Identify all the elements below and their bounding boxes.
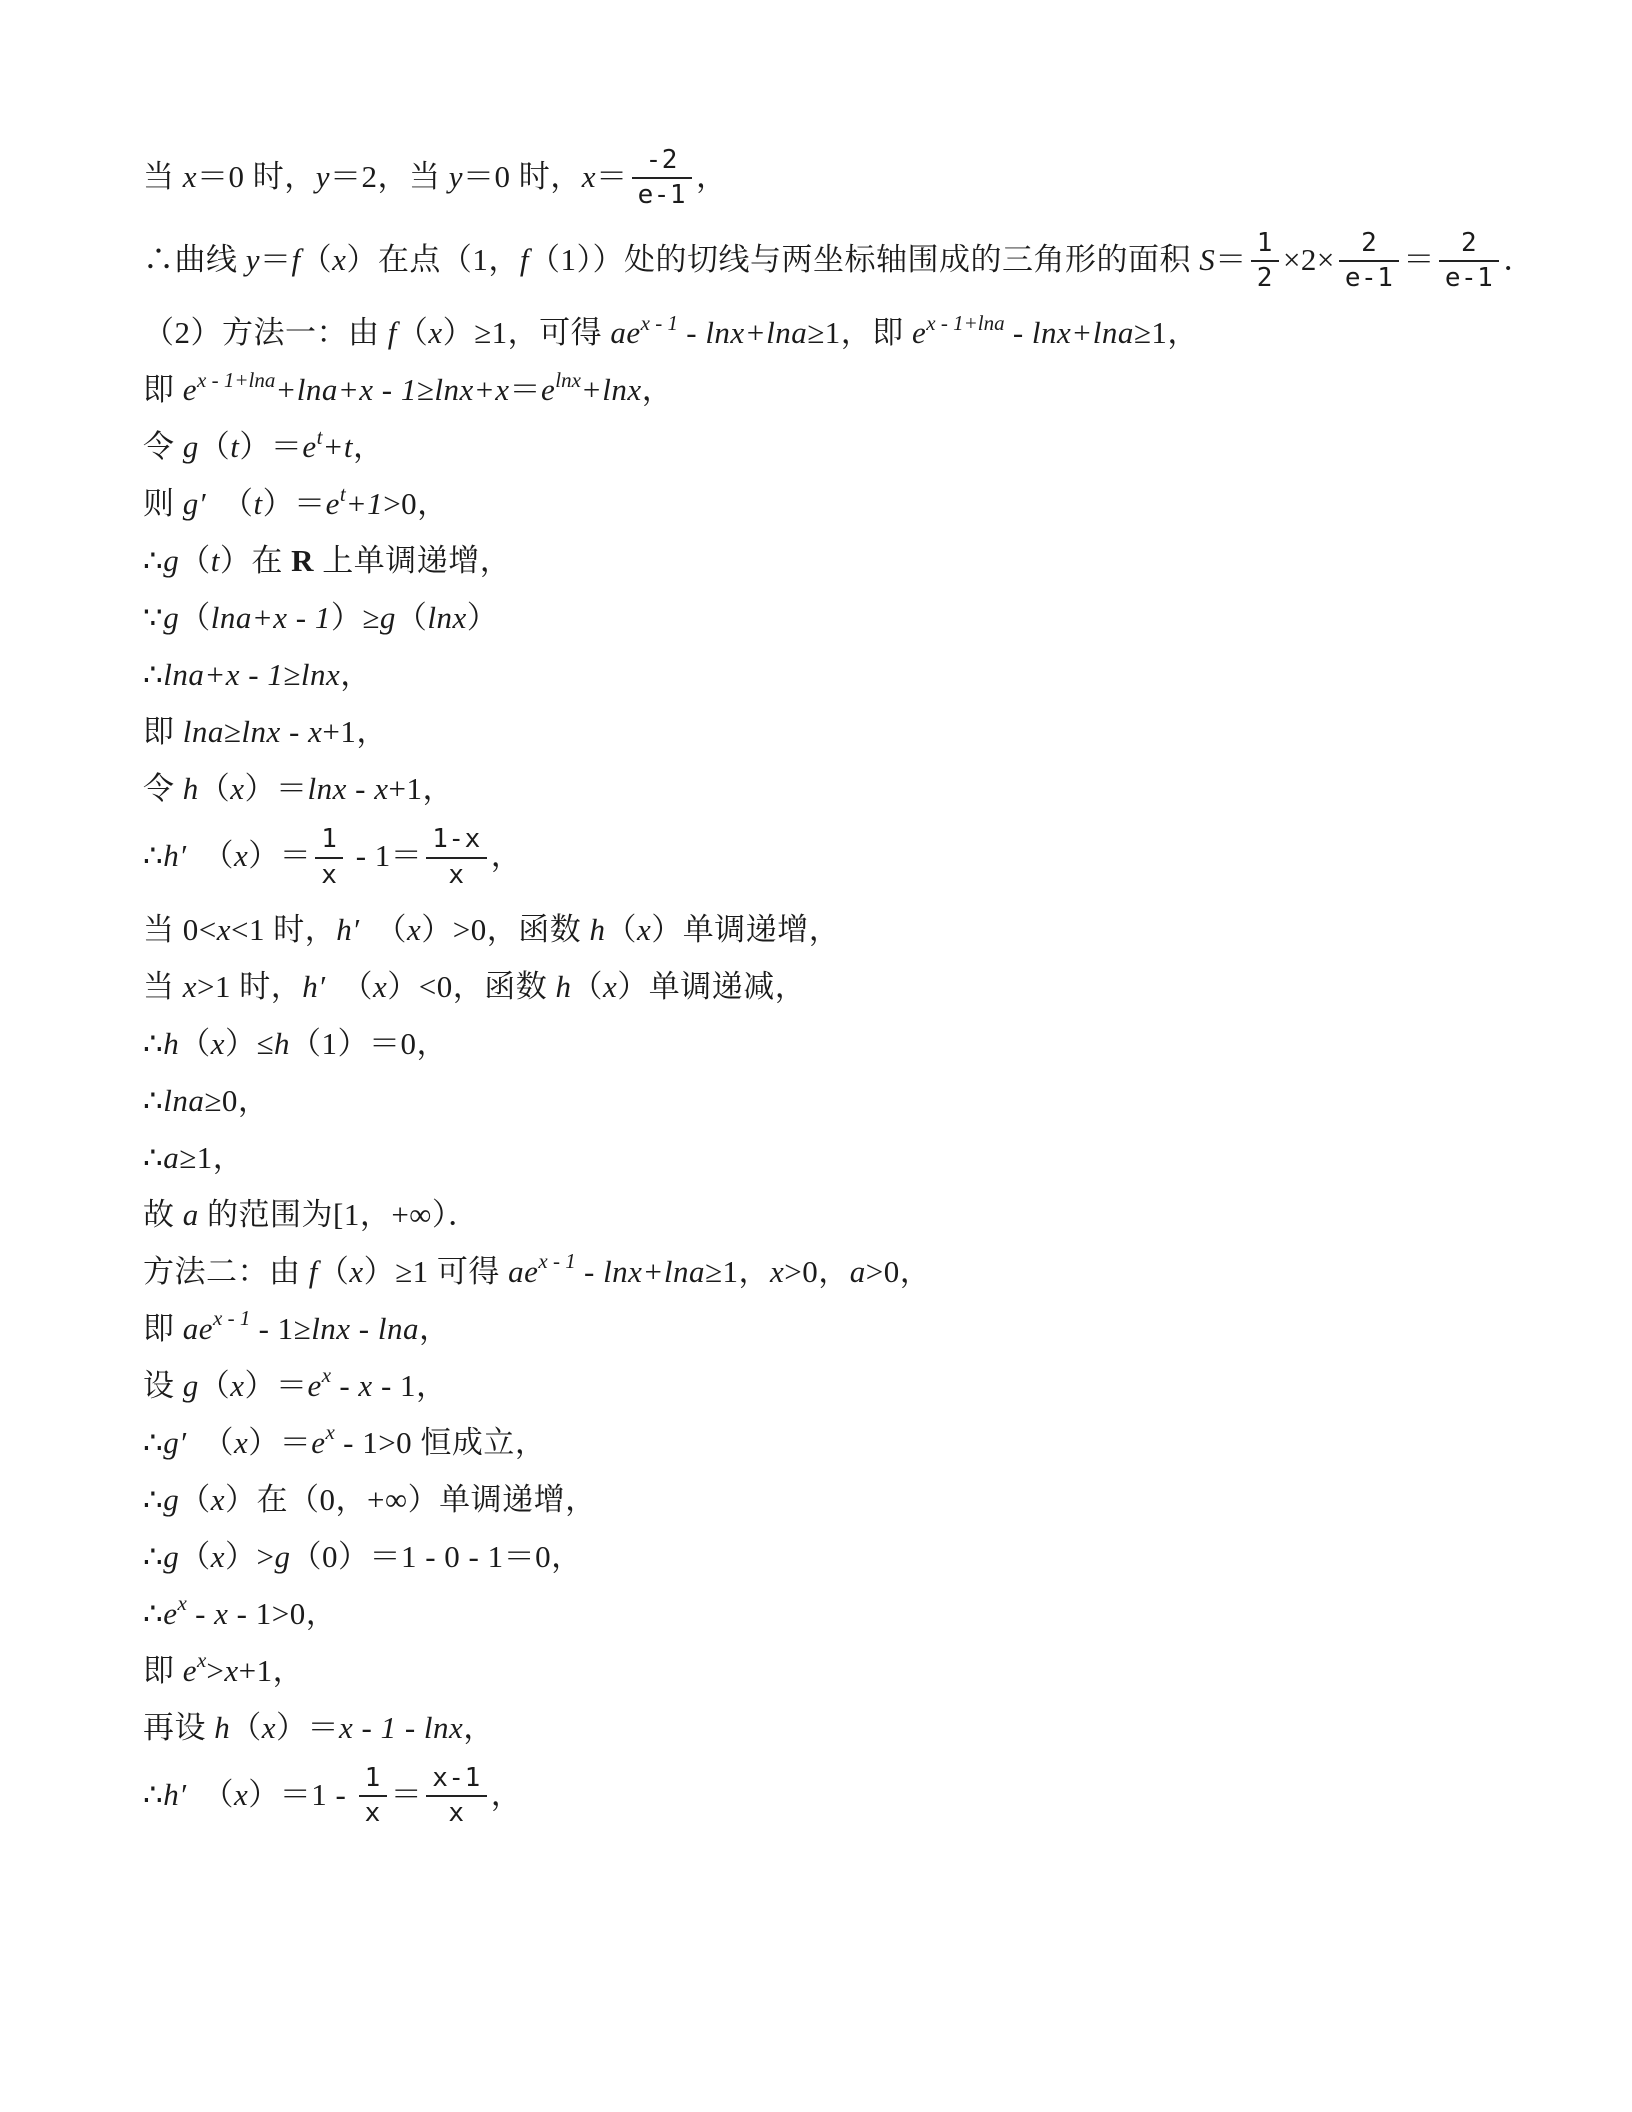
- math-run: g′: [183, 486, 206, 521]
- math-run: x: [211, 1539, 225, 1574]
- math-run: e: [183, 1653, 197, 1688]
- math-run: f: [309, 1254, 318, 1289]
- math-run: e: [163, 1596, 177, 1631]
- text-run: ＝0 时，: [197, 159, 316, 194]
- text-run: ≥0，: [204, 1083, 269, 1118]
- math-line: 当 x>1 时，h′ （x）<0，函数 h（x）单调递减，: [143, 966, 1542, 1008]
- text-run: （: [318, 1254, 350, 1289]
- text-run: ）≥1，可得: [443, 315, 611, 350]
- text-run: ∴: [143, 1482, 163, 1517]
- text-run: 的范围为[1，+∞）．: [199, 1197, 480, 1232]
- text-run: （: [301, 242, 333, 277]
- math-line: 当 x＝0 时，y＝2，当 y＝0 时，x＝-2e-1，: [143, 146, 1542, 214]
- text-run: ）>0，函数: [421, 912, 589, 947]
- text-run: （: [179, 1482, 211, 1517]
- math-line: ∴a≥1，: [143, 1137, 1542, 1179]
- text-run: 令: [143, 429, 183, 464]
- solution-text-body: 当 x＝0 时，y＝2，当 y＝0 时，x＝-2e-1，∴曲线 y＝f（x）在点…: [143, 146, 1542, 1832]
- math-line: （2）方法一：由 f（x）≥1，可得 aex - 1 - lnx+lna≥1，即…: [143, 312, 1542, 354]
- math-run: e: [541, 372, 555, 407]
- math-run: lna+x - 1: [163, 657, 283, 692]
- text-run: ）≥: [331, 600, 380, 635]
- math-run: x: [637, 912, 651, 947]
- math-run: x: [230, 1368, 244, 1403]
- fraction-numerator: 1: [315, 825, 343, 856]
- math-run: x: [582, 159, 596, 194]
- math-line: ∴g′ （x）＝ex - 1>0 恒成立，: [143, 1422, 1542, 1464]
- math-run: x: [262, 1710, 276, 1745]
- math-run: e: [308, 1368, 322, 1403]
- math-run: e: [326, 486, 340, 521]
- text-run: ＝: [509, 372, 541, 407]
- text-run: ）＝: [263, 486, 326, 521]
- math-run: x: [183, 159, 197, 194]
- text-run: ，: [696, 159, 728, 194]
- fraction-numerator: 1: [1251, 229, 1279, 260]
- math-line: 令 g（t）＝et+t，: [143, 426, 1542, 468]
- fraction: 1x: [315, 825, 343, 889]
- text-run: >0，: [866, 1254, 931, 1289]
- text-run: 即: [143, 1653, 183, 1688]
- text-run: ，: [491, 1777, 523, 1812]
- text-run: （: [179, 543, 211, 578]
- math-run: x: [217, 912, 231, 947]
- fraction-numerator: -2: [632, 146, 692, 177]
- math-run: e: [302, 429, 316, 464]
- text-run: 即: [143, 714, 183, 749]
- fraction: 1-xx: [426, 825, 486, 889]
- fraction-denominator: e-1: [632, 177, 692, 210]
- text-run: ＝2，当: [330, 159, 449, 194]
- text-run: ）＝: [276, 1710, 339, 1745]
- math-line: 即 ex - 1+lna+lna+x - 1≥lnx+x＝elnx+lnx，: [143, 369, 1542, 411]
- math-run: f: [292, 242, 301, 277]
- text-run: ∴: [143, 839, 163, 874]
- text-run: ）＝: [245, 771, 308, 806]
- math-superscript: t: [340, 482, 346, 506]
- fraction: 2e-1: [1439, 229, 1499, 293]
- math-run: ae: [610, 315, 640, 350]
- math-run: g: [163, 600, 179, 635]
- text-run: ）在点（1，: [346, 242, 520, 277]
- math-superscript: x - 1: [641, 311, 678, 335]
- math-run: lnx: [301, 657, 340, 692]
- math-superscript: x - 1+lna: [197, 368, 275, 392]
- fraction-numerator: 1: [359, 1764, 387, 1795]
- math-run: h: [214, 1710, 230, 1745]
- math-line: ∴曲线 y＝f（x）在点（1，f（1））处的切线与两坐标轴围成的三角形的面积 S…: [143, 229, 1542, 297]
- math-superscript: lnx: [555, 368, 581, 392]
- text-run: （1））处的切线与两坐标轴围成的三角形的面积: [529, 242, 1199, 277]
- math-run: h: [163, 1026, 179, 1061]
- fraction: 1x: [359, 1764, 387, 1828]
- text-run: （: [187, 1777, 235, 1812]
- fraction: 12: [1251, 229, 1279, 293]
- text-run: ＝: [260, 242, 292, 277]
- math-run: y: [316, 159, 330, 194]
- text-run: ∴: [143, 657, 163, 692]
- math-run: a: [163, 1140, 179, 1175]
- math-run: x: [234, 1777, 248, 1812]
- text-run: ）<0，函数: [387, 969, 555, 1004]
- text-run: 当: [143, 969, 183, 1004]
- fraction-denominator: x: [426, 857, 486, 890]
- text-run: ）＝1 -: [248, 1777, 354, 1812]
- fraction-denominator: x: [315, 857, 343, 890]
- text-run: ≥1，: [1134, 315, 1199, 350]
- text-run: ∴: [143, 1140, 163, 1175]
- math-run: h′: [336, 912, 359, 947]
- math-line: 即 ex>x+1，: [143, 1650, 1542, 1692]
- fraction-numerator: 2: [1439, 229, 1499, 260]
- text-run: 即: [143, 1311, 183, 1346]
- text-run: ）>: [225, 1539, 274, 1574]
- fraction-denominator: x: [426, 1795, 486, 1828]
- math-run: y: [246, 242, 260, 277]
- math-line: ∴ex - x - 1>0，: [143, 1593, 1542, 1635]
- text-run: +1，: [322, 714, 387, 749]
- text-run: ＝: [596, 159, 628, 194]
- math-run: x - 1 - lnx: [339, 1710, 463, 1745]
- text-run: - 1≥: [250, 1311, 311, 1346]
- text-run: ≥1，: [179, 1140, 244, 1175]
- text-run: 设: [143, 1368, 183, 1403]
- text-run: ≥1，即: [807, 315, 912, 350]
- text-run: ∴: [143, 1425, 163, 1460]
- math-line: 再设 h（x）＝x - 1 - lnx，: [143, 1707, 1542, 1749]
- math-line: ∴g（t）在 R 上单调递增，: [143, 540, 1542, 582]
- text-run: 即: [143, 372, 183, 407]
- math-superscript: x: [197, 1648, 206, 1672]
- text-run: （: [206, 486, 254, 521]
- math-run: x: [407, 912, 421, 947]
- fraction-denominator: e-1: [1339, 260, 1399, 293]
- math-run: g: [183, 1368, 199, 1403]
- math-run: lnx: [427, 600, 466, 635]
- text-run: +1，: [239, 1653, 304, 1688]
- math-run: f: [520, 242, 529, 277]
- math-run: h: [556, 969, 572, 1004]
- math-run: - lnx+lna: [1005, 315, 1134, 350]
- math-line: ∵g（lna+x - 1）≥g（lnx）: [143, 597, 1542, 639]
- math-line: 设 g（x）＝ex - x - 1，: [143, 1365, 1542, 1407]
- math-run: lnx - lna: [311, 1311, 419, 1346]
- math-run: h′: [302, 969, 325, 1004]
- math-run: lnx+x: [434, 372, 509, 407]
- text-run: >1 时，: [197, 969, 302, 1004]
- math-run: g′: [163, 1425, 186, 1460]
- math-run: S: [1199, 242, 1215, 277]
- text-run: 则: [143, 486, 183, 521]
- text-run: ≥: [283, 657, 301, 692]
- fraction-numerator: x-1: [426, 1764, 486, 1795]
- text-run: （: [397, 315, 429, 350]
- text-run: - 1，: [373, 1368, 448, 1403]
- text-run: ）＝: [248, 1425, 311, 1460]
- text-run: ）: [467, 600, 499, 635]
- text-run: ≥: [224, 714, 242, 749]
- math-line: 当 0<x<1 时，h′ （x）>0，函数 h（x）单调递增，: [143, 909, 1542, 951]
- text-run: （: [326, 969, 374, 1004]
- text-run: （: [179, 600, 211, 635]
- math-run: h′: [163, 1777, 186, 1812]
- math-run: h: [590, 912, 606, 947]
- math-run: +1: [346, 486, 383, 521]
- math-run: - x: [331, 1368, 373, 1403]
- text-run: ∴: [143, 1083, 163, 1118]
- text-run: ，: [463, 1710, 495, 1745]
- math-run: x: [230, 771, 244, 806]
- math-run: e: [912, 315, 926, 350]
- text-run: ）单调递增，: [651, 912, 840, 947]
- math-run: ae: [183, 1311, 213, 1346]
- math-run: g: [163, 1539, 179, 1574]
- text-run: （: [396, 600, 428, 635]
- text-run: （: [360, 912, 408, 947]
- math-line: 即 aex - 1 - 1≥lnx - lna，: [143, 1308, 1542, 1350]
- math-run: - lnx+lna: [678, 315, 807, 350]
- text-run: ，: [419, 1311, 451, 1346]
- math-run: y: [449, 159, 463, 194]
- text-run: （: [187, 1425, 235, 1460]
- text-run: （: [179, 1539, 211, 1574]
- math-run: g: [380, 600, 396, 635]
- text-run: （: [179, 1026, 211, 1061]
- text-run: （0）＝1 - 0 - 1＝0，: [290, 1539, 582, 1574]
- math-run: x: [183, 969, 197, 1004]
- math-line: 则 g′ （t）＝et+1>0，: [143, 483, 1542, 525]
- math-run: x: [428, 315, 442, 350]
- text-run: ≥1，: [705, 1254, 770, 1289]
- text-run: （: [199, 1368, 231, 1403]
- text-run: （: [606, 912, 638, 947]
- math-run: e: [183, 372, 197, 407]
- text-run: >: [206, 1653, 224, 1688]
- text-run: ≥: [417, 372, 435, 407]
- math-line: ∴g（x）在（0，+∞）单调递增，: [143, 1479, 1542, 1521]
- document-page: 当 x＝0 时，y＝2，当 y＝0 时，x＝-2e-1，∴曲线 y＝f（x）在点…: [0, 0, 1632, 2112]
- text-run: （: [230, 1710, 262, 1745]
- fraction-denominator: e-1: [1439, 260, 1499, 293]
- math-superscript: x: [326, 1420, 335, 1444]
- text-run: 令: [143, 771, 183, 806]
- math-run: ae: [508, 1254, 538, 1289]
- text-run: ）在（0，+∞）单调递增，: [225, 1482, 597, 1517]
- math-run: +lna+x - 1: [275, 372, 417, 407]
- text-run: 再设: [143, 1710, 214, 1745]
- fraction: x-1x: [426, 1764, 486, 1828]
- math-run: lna+x - 1: [211, 600, 331, 635]
- fraction-numerator: 2: [1339, 229, 1399, 260]
- bold-run: R: [291, 543, 314, 578]
- math-superscript: x: [178, 1591, 187, 1615]
- math-line: ∴lna+x - 1≥lnx，: [143, 654, 1542, 696]
- math-run: lnx - x: [308, 771, 389, 806]
- math-run: g: [163, 1482, 179, 1517]
- text-run: （1）＝0，: [290, 1026, 448, 1061]
- math-line: ∴h′ （x）＝1x - 1＝1-xx，: [143, 825, 1542, 893]
- math-superscript: x: [322, 1363, 331, 1387]
- fraction-denominator: 2: [1251, 260, 1279, 293]
- math-line: ∴g（x）>g（0）＝1 - 0 - 1＝0，: [143, 1536, 1542, 1578]
- math-run: x: [211, 1482, 225, 1517]
- math-line: 即 lna≥lnx - x+1，: [143, 711, 1542, 753]
- math-line: ∴h′ （x）＝1 - 1x＝x-1x，: [143, 1764, 1542, 1832]
- math-run: x: [332, 242, 346, 277]
- text-run: （: [199, 771, 231, 806]
- text-run: （: [199, 429, 231, 464]
- fraction-numerator: 1-x: [426, 825, 486, 856]
- fraction: -2e-1: [632, 146, 692, 210]
- math-run: e: [311, 1425, 325, 1460]
- math-run: lna: [163, 1083, 204, 1118]
- text-run: ）≤: [225, 1026, 274, 1061]
- text-run: ×2×: [1283, 242, 1335, 277]
- math-run: lna: [183, 714, 224, 749]
- text-run: <1 时，: [231, 912, 336, 947]
- math-run: x: [211, 1026, 225, 1061]
- math-run: t: [230, 429, 239, 464]
- text-run: ∴: [143, 1777, 163, 1812]
- text-run: ＝0 时，: [463, 159, 582, 194]
- text-run: ＝: [391, 1777, 423, 1812]
- text-run: ，: [340, 657, 372, 692]
- text-run: ）＝: [245, 1368, 308, 1403]
- text-run: - 1>0 恒成立，: [335, 1425, 547, 1460]
- math-run: x: [603, 969, 617, 1004]
- math-run: +lnx: [581, 372, 642, 407]
- text-run: ∴: [143, 1596, 163, 1631]
- text-run: ）在: [220, 543, 291, 578]
- text-run: >0，: [383, 486, 448, 521]
- math-run: h′: [163, 839, 186, 874]
- math-superscript: x - 1+lna: [926, 311, 1004, 335]
- math-run: x: [349, 1254, 363, 1289]
- math-run: h: [183, 771, 199, 806]
- math-run: t: [254, 486, 263, 521]
- math-line: 方法二：由 f（x）≥1 可得 aex - 1 - lnx+lna≥1，x>0，…: [143, 1251, 1542, 1293]
- text-run: +1，: [388, 771, 453, 806]
- text-run: ）≥1 可得: [364, 1254, 509, 1289]
- text-run: ，: [353, 429, 385, 464]
- math-superscript: x - 1: [538, 1249, 575, 1273]
- math-run: - lnx+lna: [576, 1254, 705, 1289]
- math-run: g: [183, 429, 199, 464]
- text-run: ∴: [143, 543, 163, 578]
- math-run: x: [234, 839, 248, 874]
- text-run: ∵: [143, 600, 163, 635]
- text-run: ∴: [143, 1539, 163, 1574]
- text-run: >0，: [784, 1254, 849, 1289]
- text-run: ＝: [1215, 242, 1247, 277]
- math-run: a: [183, 1197, 199, 1232]
- text-run: （2）方法一：由: [143, 315, 388, 350]
- math-run: +t: [322, 429, 353, 464]
- math-run: g: [274, 1539, 290, 1574]
- math-run: a: [850, 1254, 866, 1289]
- math-run: t: [211, 543, 220, 578]
- math-run: x: [224, 1653, 238, 1688]
- text-run: （: [572, 969, 604, 1004]
- text-run: ，: [642, 372, 674, 407]
- fraction-denominator: x: [359, 1795, 387, 1828]
- math-line: 故 a 的范围为[1，+∞）．: [143, 1194, 1542, 1236]
- math-line: ∴lna≥0，: [143, 1080, 1542, 1122]
- text-run: （: [187, 839, 235, 874]
- text-run: ．: [1503, 242, 1535, 277]
- math-run: - x: [187, 1596, 229, 1631]
- text-run: - 1＝: [347, 839, 422, 874]
- math-run: f: [388, 315, 397, 350]
- text-run: ∴曲线: [143, 242, 246, 277]
- text-run: ，: [491, 839, 523, 874]
- text-run: ）单调递减，: [617, 969, 806, 1004]
- math-superscript: t: [317, 425, 323, 449]
- text-run: ∴: [143, 1026, 163, 1061]
- math-run: g: [163, 543, 179, 578]
- math-line: 令 h（x）＝lnx - x+1，: [143, 768, 1542, 810]
- math-run: lnx - x: [241, 714, 322, 749]
- text-run: ）＝: [248, 839, 311, 874]
- text-run: ）＝: [239, 429, 302, 464]
- text-run: - 1>0，: [228, 1596, 337, 1631]
- math-superscript: x - 1: [213, 1306, 250, 1330]
- math-run: h: [274, 1026, 290, 1061]
- math-run: x: [770, 1254, 784, 1289]
- text-run: 故: [143, 1197, 183, 1232]
- math-line: ∴h（x）≤h（1）＝0，: [143, 1023, 1542, 1065]
- text-run: 当: [143, 159, 183, 194]
- text-run: 当 0<: [143, 912, 217, 947]
- math-run: x: [373, 969, 387, 1004]
- text-run: 上单调递增，: [314, 543, 511, 578]
- text-run: ＝: [1403, 242, 1435, 277]
- fraction: 2e-1: [1339, 229, 1399, 293]
- text-run: 方法二：由: [143, 1254, 309, 1289]
- math-run: x: [234, 1425, 248, 1460]
